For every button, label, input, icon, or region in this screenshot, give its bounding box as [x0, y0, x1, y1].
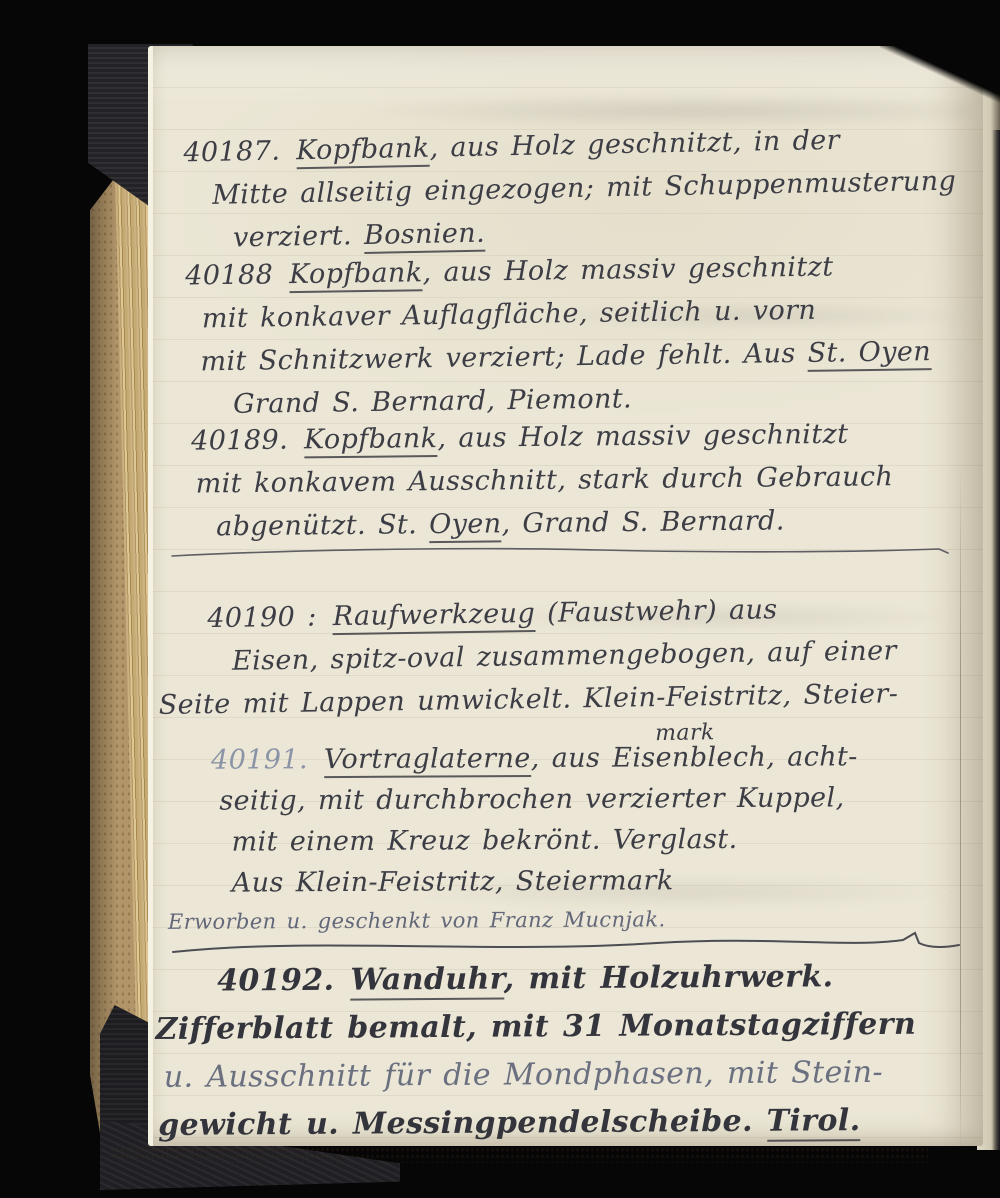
entry-term: Kopfbank: [304, 423, 438, 458]
entry-text: (Faustwehr) aus: [535, 594, 778, 629]
entry-number: 40192.: [217, 963, 334, 999]
entry-number: 40189.: [191, 425, 288, 457]
manuscript-line: Zifferblatt bemalt, mit 31 Monatstagziff…: [153, 1000, 983, 1054]
manuscript-line: Aus Klein-Feistritz, Steiermark: [154, 859, 984, 904]
entry-text: seitig, mit durchbrochen verzierter Kupp…: [219, 782, 844, 816]
entry-text: , aus Eisenblech, acht-: [531, 741, 858, 774]
manuscript-line: gewicht u. Messingpendelscheibe. Tirol.: [154, 1096, 984, 1150]
entry-40192: 40192.Wanduhr, mit Holzuhrwerk. Zifferbl…: [153, 952, 984, 1150]
manuscript-line: 40192.Wanduhr, mit Holzuhrwerk.: [153, 952, 983, 1006]
entry-term: Raufwerkzeug: [332, 598, 535, 635]
entry-term: Kopfbank: [296, 133, 430, 170]
entry-text: verziert.: [233, 220, 364, 254]
cover-cloth-edge-right: [992, 130, 1000, 1150]
entry-text: mit Schnitzwerk verziert; Lade fehlt. Au…: [200, 338, 808, 377]
entry-origin: St. Oyen: [807, 336, 931, 372]
entry-number: 40188: [185, 259, 273, 291]
entry-origin: Oyen: [429, 508, 502, 543]
manuscript-line: abgenützt. St. Oyen, Grand S. Bernard.: [154, 497, 984, 549]
entry-text: Grand S. Bernard, Piemont.: [233, 383, 632, 420]
entry-term: Vortraglaterne: [324, 743, 531, 778]
entry-text: , aus Holz massiv geschnitzt: [437, 419, 848, 454]
manuscript-line: mit einem Kreuz bekrönt. Verglast.: [153, 818, 983, 863]
entry-text: Mitte allseitig eingezogen; mit Schuppen…: [212, 166, 957, 211]
entry-term: Kopfbank: [289, 257, 423, 293]
manuscript-line: 40191.Vortraglaterne, aus Eisenblech, ac…: [153, 736, 983, 781]
manuscript-line: seitig, mit durchbrochen verzierter Kupp…: [153, 777, 983, 822]
entry-40191: 40191.Vortraglaterne, aus Eisenblech, ac…: [153, 736, 984, 940]
entry-text: , aus Holz geschnitzt, in der: [429, 125, 840, 164]
entry-text: Seite mit Lappen umwickelt. Klein-Feistr…: [158, 678, 898, 721]
entry-number: 40190 :: [207, 601, 317, 634]
handwritten-divider-line: [167, 544, 957, 562]
entry-40189: 40189.Kopfbank, aus Holz massiv geschnit…: [153, 411, 984, 549]
entry-text: gewicht u. Messingpendelscheibe.: [158, 1104, 767, 1143]
entry-40190: 40190 :Raufwerkzeug (Faustwehr) aus Eise…: [153, 585, 985, 757]
manuscript-line: mit konkavem Ausschnitt, stark durch Geb…: [153, 454, 983, 506]
entry-term: Wanduhr: [350, 962, 504, 1001]
entry-text: , aus Holz massiv geschnitzt: [422, 252, 833, 289]
entry-text: abgenützt. St.: [216, 509, 429, 542]
entry-40188: 40188Kopfbank, aus Holz massiv geschnitz…: [153, 243, 985, 427]
entry-origin: Tirol.: [767, 1103, 861, 1142]
ledger-page: 40187.Kopfbank, aus Holz geschnitzt, in …: [148, 46, 983, 1146]
photo-backdrop: 40187.Kopfbank, aus Holz geschnitzt, in …: [0, 0, 1000, 1198]
manuscript-line: u. Ausschnitt für die Mondphasen, mit St…: [154, 1048, 984, 1102]
entry-origin: Bosnien.: [364, 218, 486, 254]
entry-text: Eisen, spitz-oval zusammengebogen, auf e…: [232, 635, 897, 676]
entry-text: Zifferblatt bemalt, mit 31 Monatstagziff…: [155, 1007, 916, 1047]
entry-number: 40191.: [211, 744, 308, 776]
entry-text: mit einem Kreuz bekrönt. Verglast.: [231, 824, 737, 858]
entry-text: , Grand S. Bernard.: [501, 505, 785, 539]
entry-text: , mit Holzuhrwerk.: [504, 959, 834, 996]
entry-40187: 40187.Kopfbank, aus Holz geschnitzt, in …: [153, 116, 985, 261]
entry-text: mit konkaver Auflagfläche, seitlich u. v…: [202, 295, 817, 335]
entry-number: 40187.: [183, 136, 280, 169]
entry-origin: Aus Klein-Feistritz, Steiermark: [232, 865, 674, 898]
entry-text: u. Ausschnitt für die Mondphasen, mit St…: [164, 1055, 883, 1095]
backdrop-corner-top-right: [880, 0, 1000, 170]
entry-text: mit konkavem Ausschnitt, stark durch Geb…: [196, 461, 894, 499]
